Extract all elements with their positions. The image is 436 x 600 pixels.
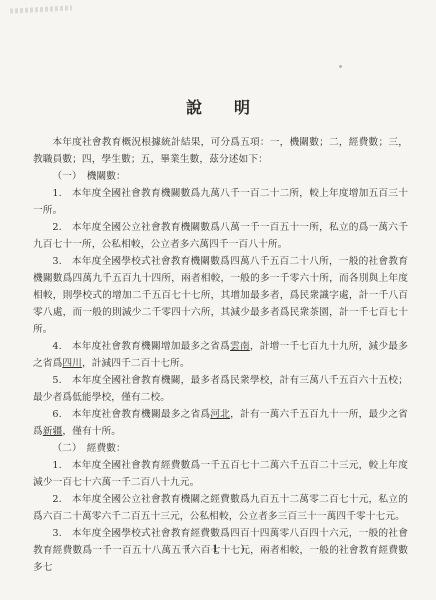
proper-noun-underline: 新疆 [43, 426, 63, 437]
section-1-item-1: 1. 本年度全國社會教育機關數爲九萬八千一百二十二所，較上年度增加五百三十一所。 [33, 185, 408, 219]
document-body: 本年度社會教育概況根據統計結果，可分爲五項：一，機關數；二，經費數；三，教職員數… [33, 134, 408, 576]
section-1-item-6: 6. 本年度社會教育機關最多之省爲河北，計有一萬六千五百九十一所，最少之省爲新疆… [33, 406, 408, 440]
section-2-heading: （二） 經費數： [33, 440, 408, 457]
intro-paragraph: 本年度社會教育概況根據統計結果，可分爲五項：一，機關數；二，經費數；三，教職員數… [33, 134, 408, 168]
section-1-item-5: 5. 本年度全國社會教育機關，最多者爲民衆學校，計有三萬八千五百六十五校；最少者… [33, 372, 408, 406]
page-title: 說 明 [0, 95, 436, 118]
page-number: ( 1 ) [0, 543, 436, 555]
section-1-item-2: 2. 本年度全國公立社會教育機關數爲八萬一千一百五十一所，私立的爲一萬六千九百七… [33, 219, 408, 253]
proper-noun-underline: 四川 [62, 358, 82, 369]
section-1-item-3: 3. 本年度全國學校式社會教育機關數爲四萬八千五百二十八所，一般的社會教育機關數… [33, 253, 408, 338]
section-2-item-2: 2. 本年度全國公立社會教育機關之經費數爲九百五十二萬零二百七十元，私立的爲六百… [33, 491, 408, 525]
scan-watermark [10, 5, 72, 13]
section-1-item-4: 4. 本年度社會教育機關增加最多之省爲雲南，計增一千七百九十九所，減少最多之省爲… [33, 338, 408, 372]
proper-noun-underline: 河北 [210, 409, 230, 420]
scan-speck [339, 65, 342, 68]
section-2-item-1: 1. 本年度全國社會教育經費數爲一千五百七十二萬六千五百二十三元，較上年度減少一… [33, 457, 408, 491]
scanned-document-page: 說 明 本年度社會教育概況根據統計結果，可分爲五項：一，機關數；二，經費數；三，… [0, 0, 436, 600]
proper-noun-underline: 雲南 [230, 341, 250, 352]
section-1-heading: （一） 機關數： [33, 168, 408, 185]
